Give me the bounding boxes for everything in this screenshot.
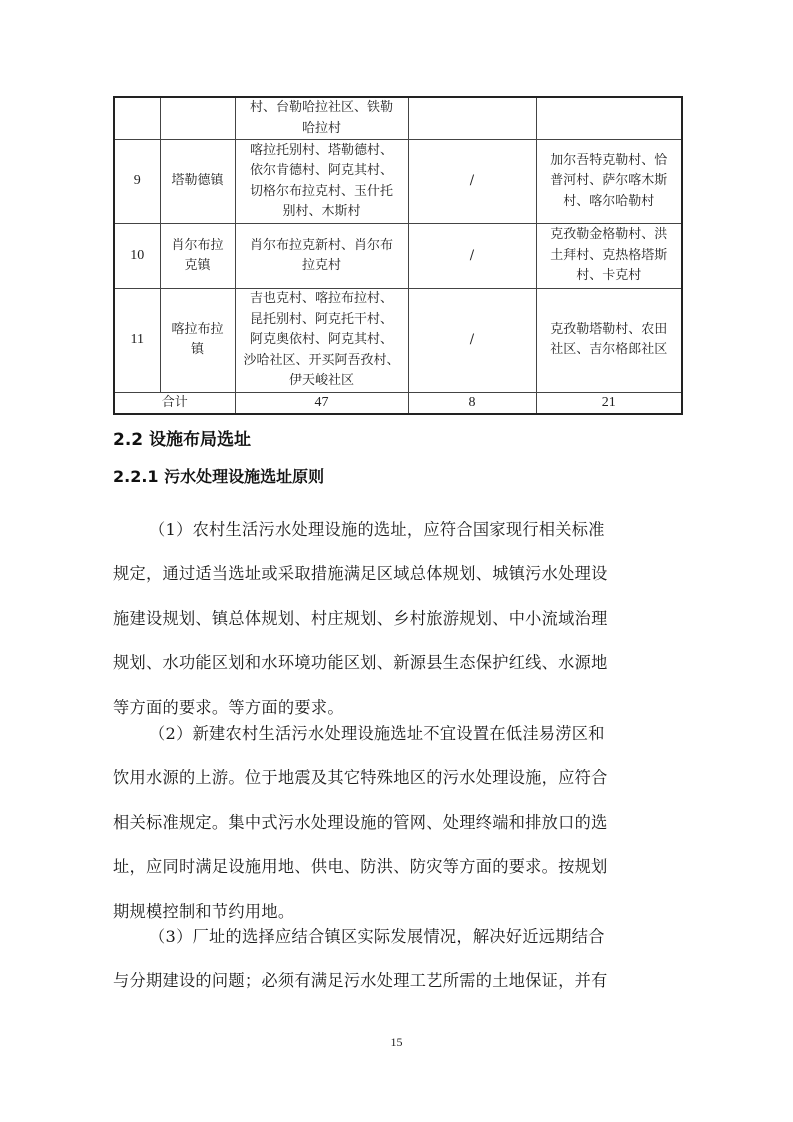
table-row-continuation: 村、台勒哈拉社区、铁勒 哈拉村 xyxy=(114,97,682,140)
paragraph-2: （2）新建农村生活污水处理设施选址不宜设置在低洼易涝区和 饮用水源的上游。位于地… xyxy=(113,712,681,934)
cell-town: 喀拉布拉 镇 xyxy=(160,289,235,393)
cell-col5: 克孜勒金格勒村、洪 土拜村、克热格塔斯 村、卡克村 xyxy=(536,224,682,289)
cell-col5: 加尔吾特克勒村、恰 普河村、萨尔喀木斯 村、喀尔哈勒村 xyxy=(536,140,682,224)
cell-col4: / xyxy=(408,224,536,289)
cell-col4: / xyxy=(408,140,536,224)
cell-col4 xyxy=(408,97,536,140)
total-villages-count: 47 xyxy=(235,392,408,414)
cell-col5: 克孜勒塔勒村、农田 社区、吉尔格郎社区 xyxy=(536,289,682,393)
table-total-row: 合计 47 8 21 xyxy=(114,392,682,414)
document-page: 村、台勒哈拉社区、铁勒 哈拉村 9 塔勒德镇 喀拉托别村、塔勒德村、 依尔肯德村… xyxy=(0,0,793,1122)
village-facility-table: 村、台勒哈拉社区、铁勒 哈拉村 9 塔勒德镇 喀拉托别村、塔勒德村、 依尔肯德村… xyxy=(113,96,683,415)
paragraph-3: （3）厂址的选择应结合镇区实际发展情况，解决好近远期结合 与分期建设的问题；必须… xyxy=(113,915,681,1004)
cell-no: 10 xyxy=(114,224,160,289)
total-label: 合计 xyxy=(114,392,235,414)
table-row: 10 肖尔布拉 克镇 肖尔布拉克新村、肖尔布 拉克村 / 克孜勒金格勒村、洪 土… xyxy=(114,224,682,289)
section-heading: 2.2 设施布局选址 xyxy=(113,425,251,450)
page-number: 15 xyxy=(0,1035,793,1050)
cell-no: 9 xyxy=(114,140,160,224)
cell-town: 肖尔布拉 克镇 xyxy=(160,224,235,289)
total-col5-count: 21 xyxy=(536,392,682,414)
cell-no: 11 xyxy=(114,289,160,393)
cell-town: 塔勒德镇 xyxy=(160,140,235,224)
subsection-heading: 2.2.1 污水处理设施选址原则 xyxy=(113,464,324,487)
cell-villages: 肖尔布拉克新村、肖尔布 拉克村 xyxy=(235,224,408,289)
cell-town xyxy=(160,97,235,140)
cell-villages: 村、台勒哈拉社区、铁勒 哈拉村 xyxy=(235,97,408,140)
cell-no xyxy=(114,97,160,140)
total-col4-count: 8 xyxy=(408,392,536,414)
cell-col5 xyxy=(536,97,682,140)
cell-villages: 吉也克村、喀拉布拉村、 昆托别村、阿克托干村、 阿克奥依村、阿克其村、 沙哈社区… xyxy=(235,289,408,393)
table-row: 9 塔勒德镇 喀拉托别村、塔勒德村、 依尔肯德村、阿克其村、 切格尔布拉克村、玉… xyxy=(114,140,682,224)
cell-villages: 喀拉托别村、塔勒德村、 依尔肯德村、阿克其村、 切格尔布拉克村、玉什托 别村、木… xyxy=(235,140,408,224)
paragraph-1: （1）农村生活污水处理设施的选址，应符合国家现行相关标准 规定，通过适当选址或采… xyxy=(113,508,681,730)
cell-col4: / xyxy=(408,289,536,393)
table-row: 11 喀拉布拉 镇 吉也克村、喀拉布拉村、 昆托别村、阿克托干村、 阿克奥依村、… xyxy=(114,289,682,393)
